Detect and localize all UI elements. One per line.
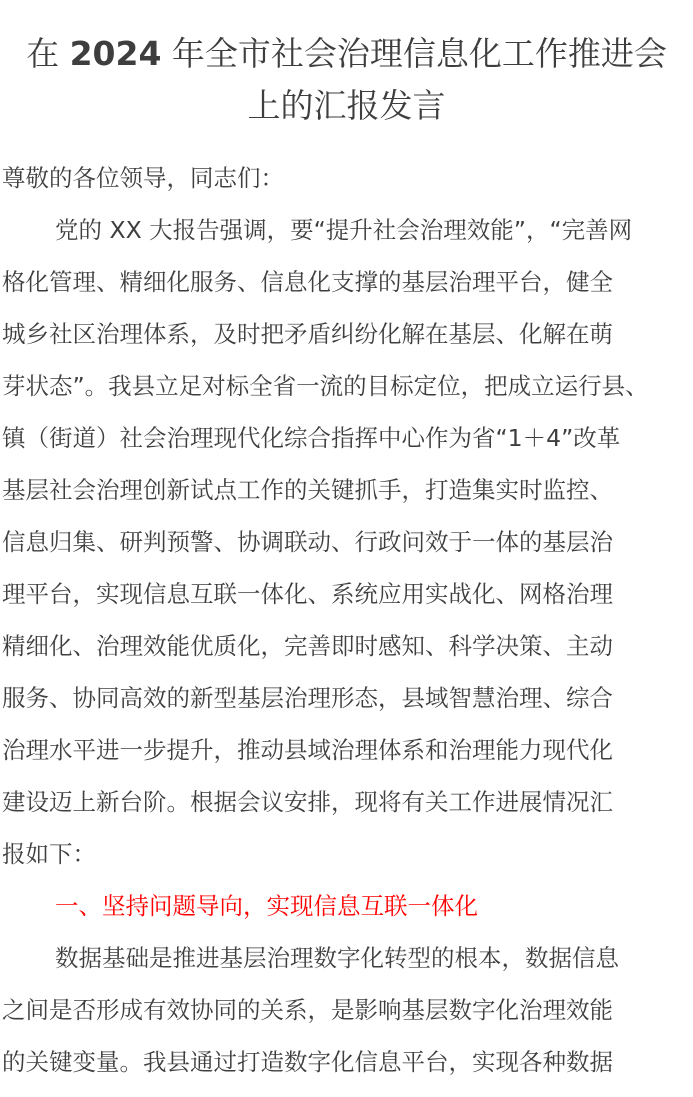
paragraph-line: 服务、协同高效的新型基层治理形态，县域智慧治理、综合 [2, 672, 693, 724]
paragraph-line: 数据基础是推进基层治理数字化转型的根本，数据信息 [2, 932, 693, 984]
paragraph-line: 党的 XX 大报告强调，要“提升社会治理效能”，“完善网 [2, 204, 693, 256]
paragraph-line: 治理水平进一步提升，推动县域治理体系和治理能力现代化 [2, 724, 693, 776]
paragraph-line: 芽状态”。我县立足对标全省一流的目标定位，把成立运行县、 [2, 360, 693, 412]
title-line-1: 在 2024 年全市社会治理信息化工作推进会 [0, 28, 693, 80]
title-suffix: 年全市社会治理信息化工作推进会 [161, 34, 667, 73]
paragraph-line: 城乡社区治理体系，及时把矛盾纠纷化解在基层、化解在萌 [2, 308, 693, 360]
paragraph-line: 报如下： [2, 828, 693, 880]
section-heading-1: 一、坚持问题导向，实现信息互联一体化 [2, 880, 693, 932]
paragraph-line: 信息归集、研判预警、协调联动、行政问效于一体的基层治 [2, 516, 693, 568]
title-year: 2024 [70, 34, 162, 73]
document-title: 在 2024 年全市社会治理信息化工作推进会 上的汇报发言 [0, 0, 693, 132]
paragraph-line: 基层社会治理创新试点工作的关键抓手，打造集实时监控、 [2, 464, 693, 516]
paragraph-line: 理平台，实现信息互联一体化、系统应用实战化、网格治理 [2, 568, 693, 620]
document-body: 尊敬的各位领导，同志们： 党的 XX 大报告强调，要“提升社会治理效能”，“完善… [0, 152, 693, 1088]
title-prefix: 在 [26, 34, 70, 73]
salutation: 尊敬的各位领导，同志们： [2, 152, 693, 204]
document: 在 2024 年全市社会治理信息化工作推进会 上的汇报发言 尊敬的各位领导，同志… [0, 0, 693, 1088]
paragraph-line: 的关键变量。我县通过打造数字化信息平台，实现各种数据 [2, 1036, 693, 1088]
paragraph-2: 数据基础是推进基层治理数字化转型的根本，数据信息 之间是否形成有效协同的关系，是… [2, 932, 693, 1088]
paragraph-1: 党的 XX 大报告强调，要“提升社会治理效能”，“完善网 格化管理、精细化服务、… [2, 204, 693, 880]
paragraph-line: 格化管理、精细化服务、信息化支撑的基层治理平台，健全 [2, 256, 693, 308]
paragraph-line: 建设迈上新台阶。根据会议安排，现将有关工作进展情况汇 [2, 776, 693, 828]
title-line-2: 上的汇报发言 [0, 80, 693, 132]
paragraph-line: 之间是否形成有效协同的关系，是影响基层数字化治理效能 [2, 984, 693, 1036]
paragraph-line: 镇（街道）社会治理现代化综合指挥中心作为省“1＋4”改革 [2, 412, 693, 464]
paragraph-line: 精细化、治理效能优质化，完善即时感知、科学决策、主动 [2, 620, 693, 672]
